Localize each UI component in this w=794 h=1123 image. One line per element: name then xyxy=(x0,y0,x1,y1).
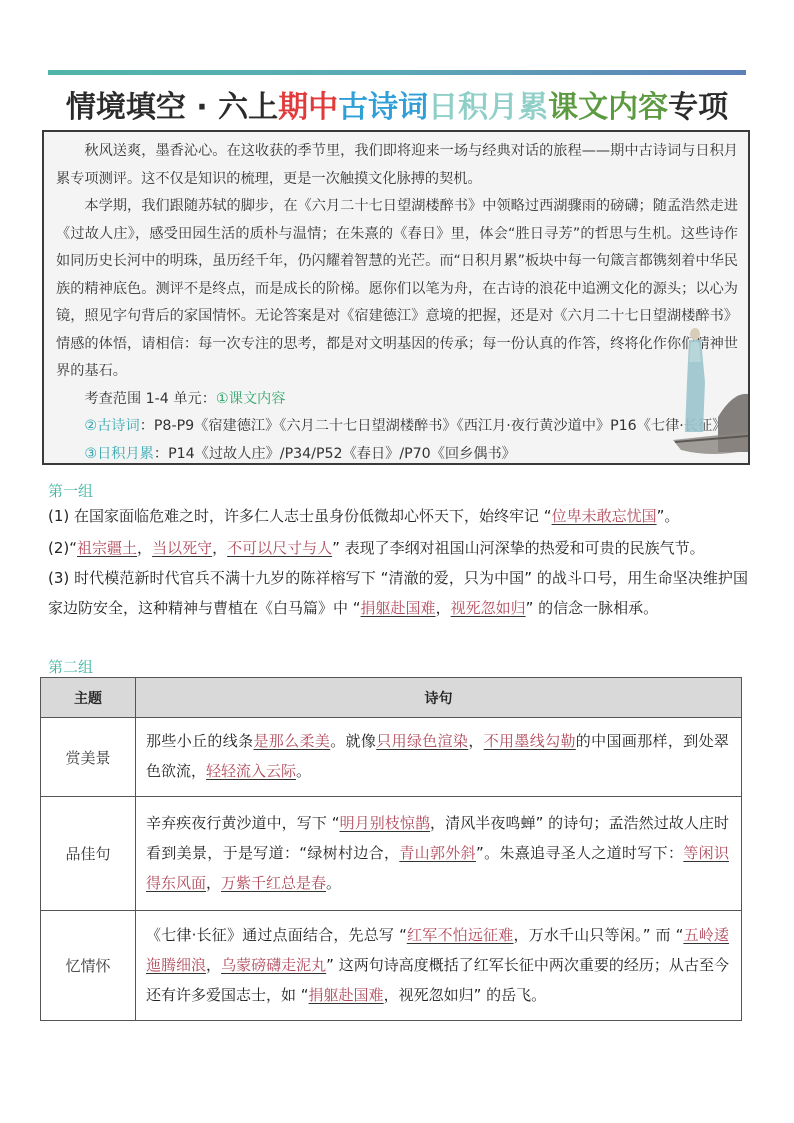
scope-item-3-label: ③日积月累 xyxy=(84,446,153,462)
title-accent-bar xyxy=(48,70,746,75)
scope-item-1: ①课文内容 xyxy=(216,391,285,407)
row-theme: 赏美景 xyxy=(41,718,136,797)
scope-item-3-text: ：P14《过故人庄》/P34/P52《春日》/P70《回乡偶书》 xyxy=(154,446,516,462)
q2-text: (2)“ xyxy=(48,539,77,557)
q3-text-end: ” 的信念一脉相承。 xyxy=(526,599,659,617)
q2-sep: ， xyxy=(137,539,152,557)
scope-item-2-label: ②古诗词 xyxy=(84,418,139,434)
answer-blank: 捐躯赴国难 xyxy=(309,986,384,1004)
answer-blank: 万紫千红总是春 xyxy=(221,874,326,892)
title-seg-3: 古诗词 xyxy=(338,90,428,125)
table-row: 忆情怀《七律·长征》通过点面结合，先总写 “红军不怕远征难，万水千山只等闲。” … xyxy=(41,911,742,1021)
verse-text: 。就像 xyxy=(330,732,376,750)
q2-answer-2: 当以死守 xyxy=(152,539,212,557)
title-seg-6: 专项 xyxy=(668,90,728,125)
answer-blank: 红军不怕远征难 xyxy=(407,926,514,944)
verse-text: ，万水千山只等闲。” 而 “ xyxy=(513,926,683,944)
intro-paragraph-2: 本学期，我们跟随苏轼的脚步，在《六月二十七日望湖楼醉书》中领略过西湖骤雨的磅礴；… xyxy=(56,193,738,386)
verse-text: ， xyxy=(206,956,221,974)
scope-line-3: ③日积月累：P14《过故人庄》/P34/P52《春日》/P70《回乡偶书》 xyxy=(56,441,738,469)
answer-blank: 乌蒙磅礴走泥丸 xyxy=(221,956,326,974)
verse-text: 。 xyxy=(326,874,341,892)
verse-text: 《七律·长征》通过点面结合，先总写 “ xyxy=(146,926,407,944)
row-theme: 忆情怀 xyxy=(41,911,136,1021)
q3-answer-1: 捐躯赴国难 xyxy=(361,599,436,617)
q1-text: (1) 在国家面临危难之时，许多仁人志士虽身份低微却心怀天下，始终牢记 “ xyxy=(48,507,552,525)
row-verse: 《七律·长征》通过点面结合，先总写 “红军不怕远征难，万水千山只等闲。” 而 “… xyxy=(136,911,742,1021)
title-seg-4: 日积月累 xyxy=(428,90,548,125)
verse-text: ， xyxy=(206,874,221,892)
answer-blank: 是那么柔美 xyxy=(253,732,330,750)
scholar-boat-illustration xyxy=(673,322,748,462)
q2-sep: ， xyxy=(212,539,227,557)
table-row: 品佳句辛弃疾夜行黄沙道中，写下 “明月别枝惊鹊，清风半夜鸣蝉” 的诗句；孟浩然过… xyxy=(41,797,742,911)
answer-blank: 不用墨线勾勒 xyxy=(484,732,576,750)
row-theme: 品佳句 xyxy=(41,797,136,911)
intro-box: 秋风送爽，墨香沁心。在这收获的季节里，我们即将迎来一场与经典对话的旅程——期中古… xyxy=(42,130,750,465)
intro-paragraph-1: 秋风送爽，墨香沁心。在这收获的季节里，我们即将迎来一场与经典对话的旅程——期中古… xyxy=(56,138,738,193)
answer-blank: 轻轻流入云际 xyxy=(206,762,296,780)
q1-answer: 位卑未敢忘忧国 xyxy=(552,507,657,525)
table-header-row: 主题 诗句 xyxy=(41,678,742,718)
verse-text: 。 xyxy=(296,762,311,780)
title-seg-2: 期中 xyxy=(278,90,338,125)
title-seg-5: 课文内容 xyxy=(548,90,668,125)
poem-table: 主题 诗句 赏美景那些小丘的线条是那么柔美。就像只用绿色渲染，不用墨线勾勒的中国… xyxy=(40,677,742,1021)
row-verse: 那些小丘的线条是那么柔美。就像只用绿色渲染，不用墨线勾勒的中国画那样，到处翠色欲… xyxy=(136,718,742,797)
q3-answer-2: 视死忽如归 xyxy=(451,599,526,617)
table-row: 赏美景那些小丘的线条是那么柔美。就像只用绿色渲染，不用墨线勾勒的中国画那样，到处… xyxy=(41,718,742,797)
verse-text: 辛弃疾夜行黄沙道中，写下 “ xyxy=(146,814,340,832)
question-2: (2)“祖宗疆土，当以死守，不可以尺寸与人” 表现了李纲对祖国山河深挚的热爱和可… xyxy=(48,533,748,563)
group-1-title: 第一组 xyxy=(48,480,93,501)
scope-item-2-text: ：P8-P9《宿建德江》《六月二十七日望湖楼醉书》《西江月·夜行黄沙道中》P16… xyxy=(140,418,727,434)
header-theme: 主题 xyxy=(41,678,136,718)
verse-text: ，视死忽如归” 的岳飞。 xyxy=(384,986,547,1004)
scope-line-2: ②古诗词：P8-P9《宿建德江》《六月二十七日望湖楼醉书》《西江月·夜行黄沙道中… xyxy=(56,413,738,441)
q2-answer-3: 不可以尺寸与人 xyxy=(227,539,332,557)
answer-blank: 只用绿色渲染 xyxy=(376,732,468,750)
verse-text: 那些小丘的线条 xyxy=(146,732,253,750)
verse-text: ”。朱熹追寻圣人之道时写下： xyxy=(476,844,683,862)
question-3: (3) 时代模范新时代官兵不满十九岁的陈祥榕写下 “清澈的爱，只为中国” 的战斗… xyxy=(48,563,748,623)
q2-text-end: ” 表现了李纲对祖国山河深挚的热爱和可贵的民族气节。 xyxy=(332,539,705,557)
page-title: 情境填空 · 六上期中古诗词日积月累课文内容专项 xyxy=(40,86,754,130)
row-verse: 辛弃疾夜行黄沙道中，写下 “明月别枝惊鹊，清风半夜鸣蝉” 的诗句；孟浩然过故人庄… xyxy=(136,797,742,911)
group-2-title: 第二组 xyxy=(48,656,93,677)
header-verse: 诗句 xyxy=(136,678,742,718)
answer-blank: 明月别枝惊鹊 xyxy=(340,814,431,832)
q3-sep: ， xyxy=(436,599,451,617)
q2-answer-1: 祖宗疆土 xyxy=(77,539,137,557)
q1-text-end: ”。 xyxy=(657,507,680,525)
answer-blank: 青山郭外斜 xyxy=(399,844,476,862)
question-1: (1) 在国家面临危难之时，许多仁人志士虽身份低微却心怀天下，始终牢记 “位卑未… xyxy=(48,501,748,531)
scope-line: 考查范围 1-4 单元：①课文内容 xyxy=(56,386,738,414)
title-seg-1: 情境填空 · 六上 xyxy=(66,90,278,125)
verse-text: ， xyxy=(468,732,483,750)
scope-label: 考查范围 1-4 单元： xyxy=(84,391,216,407)
